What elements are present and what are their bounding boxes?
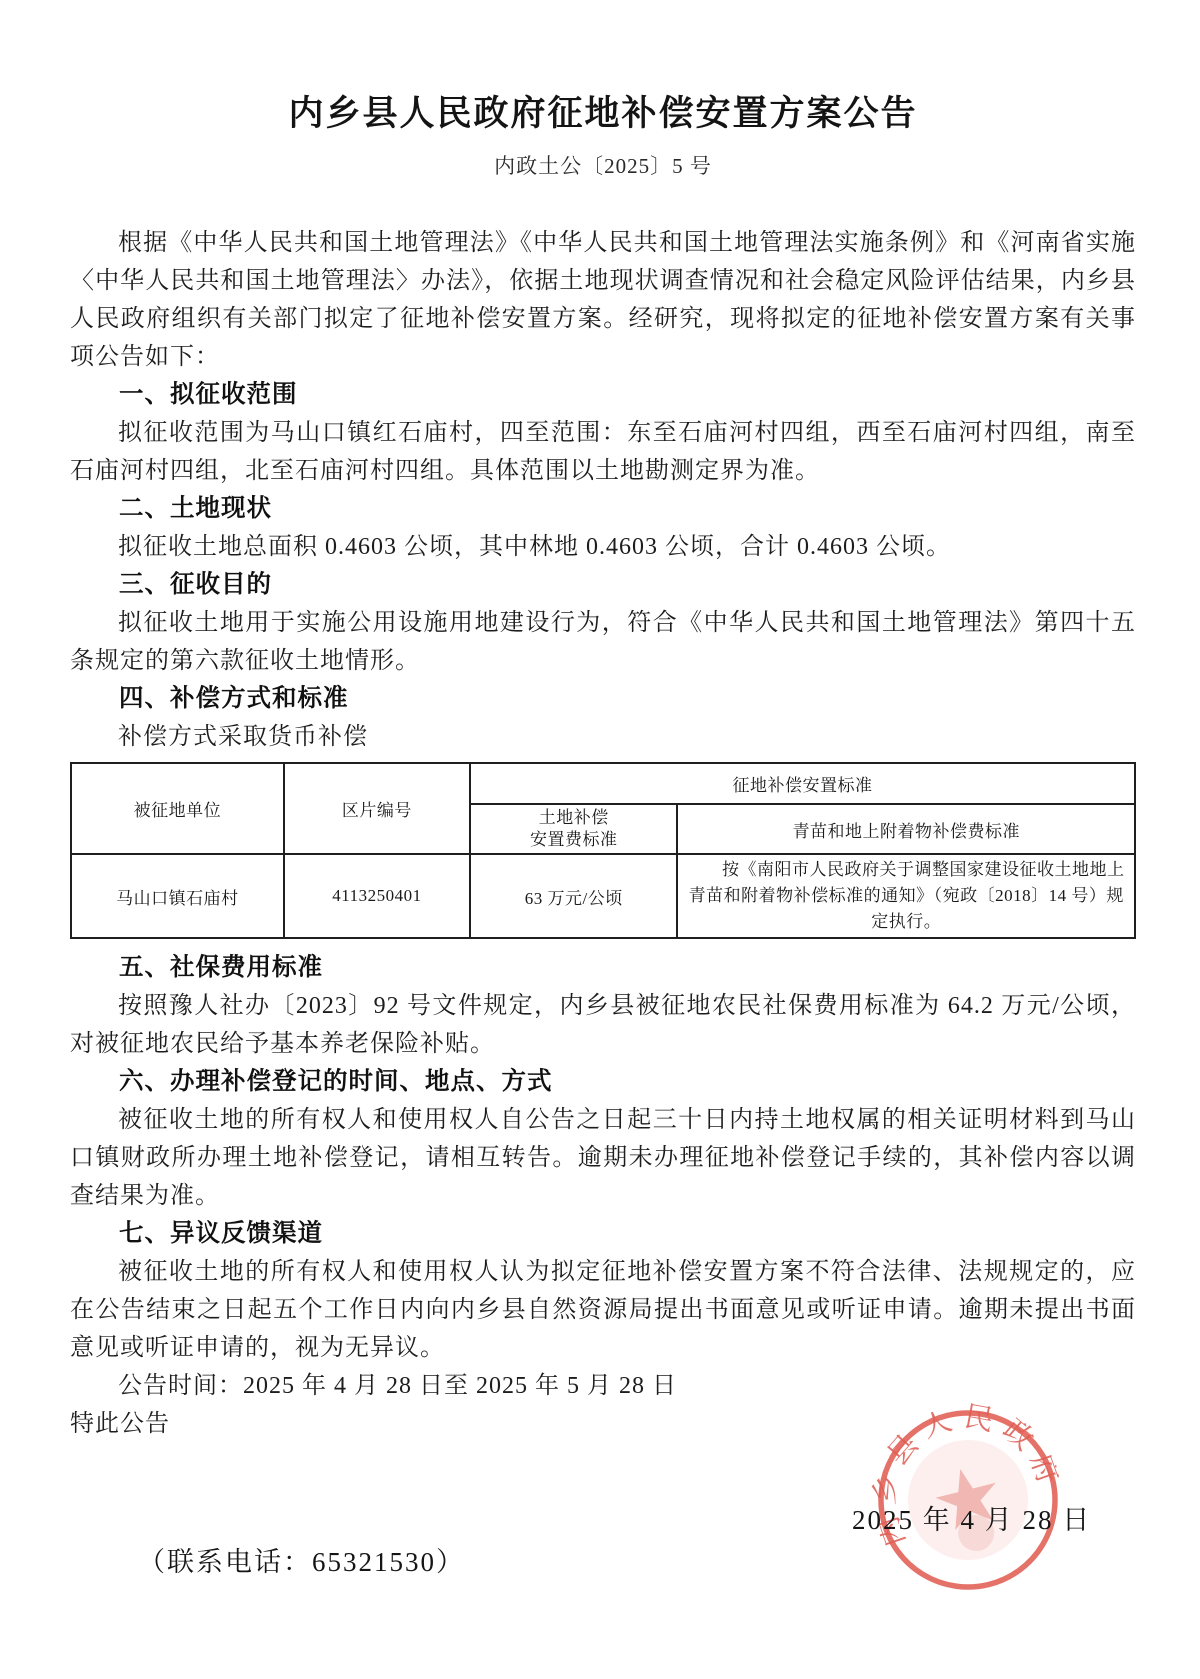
section-6-body: 被征收土地的所有权人和使用权人自公告之日起三十日内持土地权属的相关证明材料到马山… [70, 1101, 1136, 1215]
section-7-heading: 七、异议反馈渠道 [70, 1215, 1136, 1253]
header-group: 征地补偿安置标准 [470, 763, 1135, 804]
section-7-body: 被征收土地的所有权人和使用权人认为拟定征地补偿安置方案不符合法律、法规规定的，应… [70, 1253, 1136, 1367]
section-1-heading: 一、拟征收范围 [70, 376, 1136, 414]
cell-block-no: 4113250401 [284, 854, 470, 938]
section-3-body: 拟征收土地用于实施公用设施用地建设行为，符合《中华人民共和国土地管理法》第四十五… [70, 604, 1136, 680]
document-body: 内乡县人民政府征地补偿安置方案公告 内政土公〔2025〕5 号 根据《中华人民共… [0, 0, 1200, 1443]
document-content: 根据《中华人民共和国土地管理法》《中华人民共和国土地管理法实施条例》和《河南省实… [70, 224, 1136, 1443]
section-5-heading: 五、社保费用标准 [70, 949, 1136, 987]
contact-phone: （联系电话：65321530） [138, 1540, 465, 1579]
announcement-document: 内乡县人民政府征地补偿安置方案公告 内政土公〔2025〕5 号 根据《中华人民共… [0, 0, 1200, 1679]
section-4-heading: 四、补偿方式和标准 [70, 680, 1136, 718]
header-land-comp-line2: 安置费标准 [479, 829, 668, 851]
issue-date: 2025 年 4 月 28 日 [852, 1498, 1091, 1537]
cell-land-comp: 63 万元/公顷 [470, 854, 677, 938]
cell-attachment-text: 按《南阳市人民政府关于调整国家建设征收土地地上青苗和附着物补偿标准的通知》（宛政… [686, 857, 1126, 935]
section-4-body: 补偿方式采取货币补偿 [70, 718, 1136, 756]
section-6-heading: 六、办理补偿登记的时间、地点、方式 [70, 1063, 1136, 1101]
intro-paragraph: 根据《中华人民共和国土地管理法》《中华人民共和国土地管理法实施条例》和《河南省实… [70, 224, 1136, 376]
table-row: 马山口镇石庙村 4113250401 63 万元/公顷 按《南阳市人民政府关于调… [71, 854, 1135, 938]
document-number: 内政土公〔2025〕5 号 [70, 150, 1136, 180]
section-2-body: 拟征收土地总面积 0.4603 公顷，其中林地 0.4603 公顷，合计 0.4… [70, 528, 1136, 566]
header-land-comp: 土地补偿 安置费标准 [470, 804, 677, 854]
section-2-heading: 二、土地现状 [70, 490, 1136, 528]
header-land-comp-line1: 土地补偿 [479, 807, 668, 829]
header-unit: 被征地单位 [71, 763, 284, 854]
compensation-table: 被征地单位 区片编号 征地补偿安置标准 土地补偿 安置费标准 青苗和地上附着物补… [70, 762, 1136, 939]
page-title: 内乡县人民政府征地补偿安置方案公告 [70, 86, 1136, 136]
cell-attachment: 按《南阳市人民政府关于调整国家建设征收土地地上青苗和附着物补偿标准的通知》（宛政… [677, 854, 1135, 938]
header-attachment: 青苗和地上附着物补偿费标准 [677, 804, 1135, 854]
section-5-body: 按照豫人社办〔2023〕92 号文件规定，内乡县被征地农民社保费用标准为 64.… [70, 987, 1136, 1063]
section-3-heading: 三、征收目的 [70, 566, 1136, 604]
header-block-no: 区片编号 [284, 763, 470, 854]
section-1-body: 拟征收范围为马山口镇红石庙村，四至范围：东至石庙河村四组，西至石庙河村四组，南至… [70, 414, 1136, 490]
announcement-period: 公告时间：2025 年 4 月 28 日至 2025 年 5 月 28 日 [70, 1367, 1136, 1405]
cell-unit: 马山口镇石庙村 [71, 854, 284, 938]
table-header-row-1: 被征地单位 区片编号 征地补偿安置标准 [71, 763, 1135, 804]
